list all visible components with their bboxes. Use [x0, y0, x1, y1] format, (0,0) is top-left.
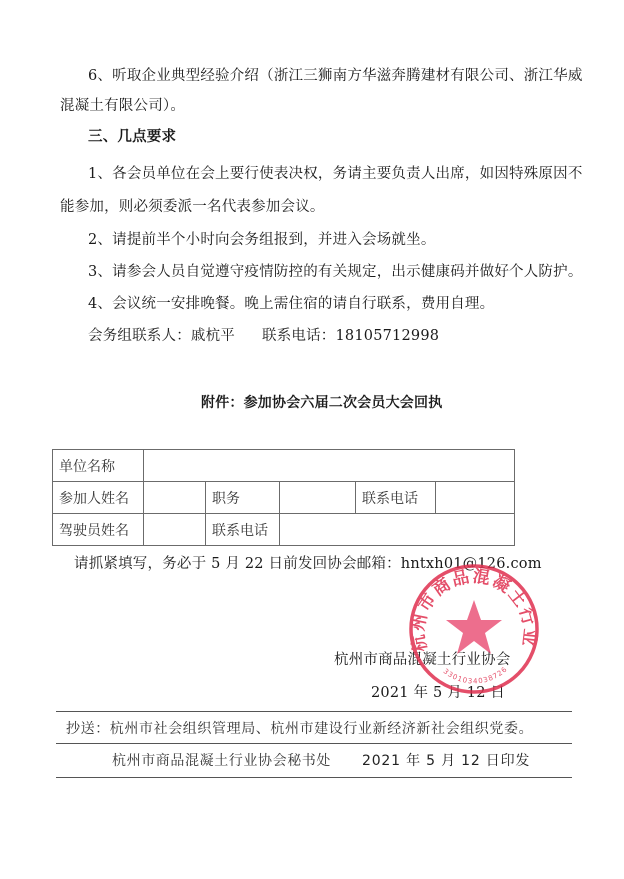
item-6-line-1: 6、听取企业典型经验介绍（浙江三狮南方华滋奔腾建材有限公司、浙江华威 — [88, 67, 583, 85]
issue-date: 2021 年 5 月 12 日印发 — [362, 752, 530, 770]
field-attendee-name[interactable] — [144, 482, 206, 514]
table-row-attendee: 参加人姓名 职务 联系电话 — [53, 482, 515, 514]
field-unit-name[interactable] — [144, 450, 515, 482]
field-driver-phone[interactable] — [280, 514, 515, 546]
requirement-4: 4、会议统一安排晚餐。晚上需住宿的请自行联系，费用自理。 — [88, 295, 494, 313]
submission-note: 请抓紧填写，务必于 5 月 22 日前发回协会邮箱：hntxh01@126.co… — [74, 555, 542, 573]
signing-date: 2021 年 5 月 12 日 — [371, 684, 505, 702]
requirement-1-line-2: 能参加，则必须委派一名代表参加会议。 — [60, 198, 325, 216]
footer-rule-middle — [56, 743, 572, 744]
field-driver-name[interactable] — [144, 514, 206, 546]
requirement-2: 2、请提前半个小时向会务组报到，并进入会场就坐。 — [88, 231, 436, 249]
label-driver-phone: 联系电话 — [206, 514, 280, 546]
signing-organization: 杭州市商品混凝土行业协会 — [334, 651, 510, 669]
field-position[interactable] — [280, 482, 356, 514]
label-unit-name: 单位名称 — [53, 450, 144, 482]
issuer: 杭州市商品混凝土行业协会秘书处 — [112, 752, 331, 770]
table-row-unit: 单位名称 — [53, 450, 515, 482]
attachment-title: 附件：参加协会六届二次会员大会回执 — [201, 394, 442, 412]
cc-list: 抄送：杭州市社会组织管理局、杭州市建设行业新经济新社会组织党委。 — [66, 720, 533, 738]
footer-rule-bottom — [56, 777, 572, 778]
label-attendee-name: 参加人姓名 — [53, 482, 144, 514]
table-row-driver: 驾驶员姓名 联系电话 — [53, 514, 515, 546]
label-driver-name: 驾驶员姓名 — [53, 514, 144, 546]
seal-text: 杭州市商品混凝土行业协会 — [407, 562, 540, 653]
svg-text:杭州市商品混凝土行业协会: 杭州市商品混凝土行业协会 — [407, 562, 540, 653]
item-6-line-2: 混凝土有限公司）。 — [60, 97, 185, 115]
label-attendee-phone: 联系电话 — [356, 482, 436, 514]
requirement-3: 3、请参会人员自觉遵守疫情防控的有关规定，出示健康码并做好个人防护。 — [88, 263, 583, 281]
reply-form-table: 单位名称 参加人姓名 职务 联系电话 驾驶员姓名 联系电话 — [52, 449, 515, 546]
contact-phone: 联系电话：18105712998 — [262, 327, 439, 345]
field-attendee-phone[interactable] — [436, 482, 515, 514]
requirement-1-line-1: 1、各会员单位在会上要行使表决权，务请主要负责人出席，如因特殊原因不 — [88, 165, 583, 183]
contact-person: 会务组联系人：戚杭平 — [88, 327, 235, 345]
official-seal-icon: 杭州市商品混凝土行业协会 3301034038726 — [407, 562, 541, 696]
section-3-heading: 三、几点要求 — [88, 128, 176, 146]
footer-rule-top — [56, 711, 572, 712]
label-position: 职务 — [206, 482, 280, 514]
